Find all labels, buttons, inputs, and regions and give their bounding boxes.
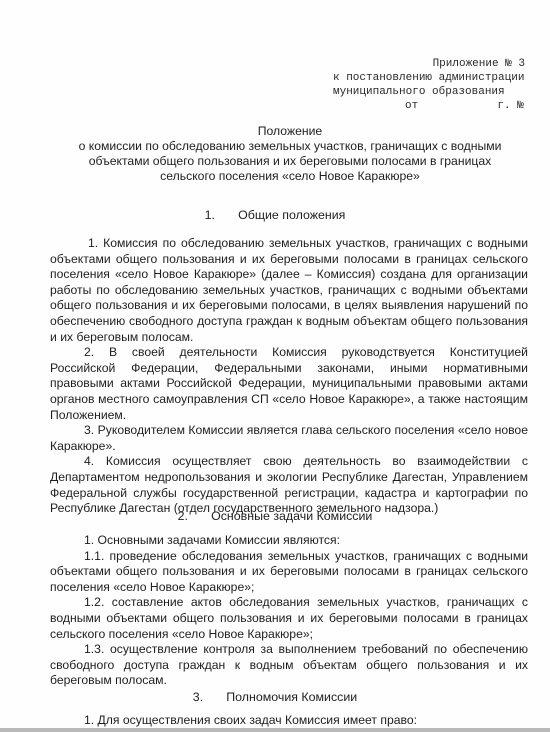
section-number: 2.: [178, 509, 208, 523]
section-1-body: 1. Комиссия по обследованию земельных уч…: [50, 236, 528, 517]
section-3-body: 1. Для осуществления своих задач Комисси…: [50, 713, 528, 729]
title-heading: Положение: [60, 124, 520, 139]
paragraph: 3. Руководителем Комиссии является глава…: [50, 423, 528, 454]
section-label: Основные задачи Комиссии: [211, 509, 372, 523]
section-label: Общие положения: [238, 208, 345, 222]
section-2-body: 1. Основными задачами Комиссии являются:…: [50, 533, 528, 689]
section-number: 1.: [205, 208, 235, 222]
paragraph: 1.2. составление актов обследования земе…: [50, 595, 528, 642]
paragraph: 2. В своей деятельности Комиссия руковод…: [50, 345, 528, 423]
paragraph: 1. Основными задачами Комиссии являются:: [50, 533, 528, 549]
paragraph: 1.1. проведение обследования земельных у…: [50, 549, 528, 596]
section-number: 3.: [193, 690, 223, 704]
section-heading-1: 1. Общие положения: [0, 208, 550, 222]
paragraph: 4. Комиссия осуществляет свою деятельнос…: [50, 454, 528, 516]
paragraph: 1.3. осуществление контроля за выполнени…: [50, 642, 528, 689]
appendix-resolution: к постановлению администрации: [333, 71, 533, 85]
appendix-number: Приложение № 3: [333, 57, 533, 71]
appendix-municipality: муниципального образования: [333, 85, 533, 99]
section-heading-3: 3. Полномочия Комиссии: [0, 690, 550, 704]
document-page: Приложение № 3 к постановлению администр…: [0, 0, 550, 728]
paragraph: 1. Для осуществления своих задач Комисси…: [50, 713, 528, 729]
document-title: Положение о комиссии по обследованию зем…: [60, 124, 520, 184]
appendix-header: Приложение № 3 к постановлению администр…: [333, 57, 533, 113]
title-subtitle: о комиссии по обследованию земельных уча…: [60, 139, 520, 184]
section-heading-2: 2. Основные задачи Комиссии: [0, 509, 550, 523]
appendix-date-number: от г. №: [333, 99, 533, 113]
page-bottom-border: [0, 728, 550, 732]
section-label: Полномочия Комиссии: [226, 690, 357, 704]
paragraph: 1. Комиссия по обследованию земельных уч…: [50, 236, 528, 345]
